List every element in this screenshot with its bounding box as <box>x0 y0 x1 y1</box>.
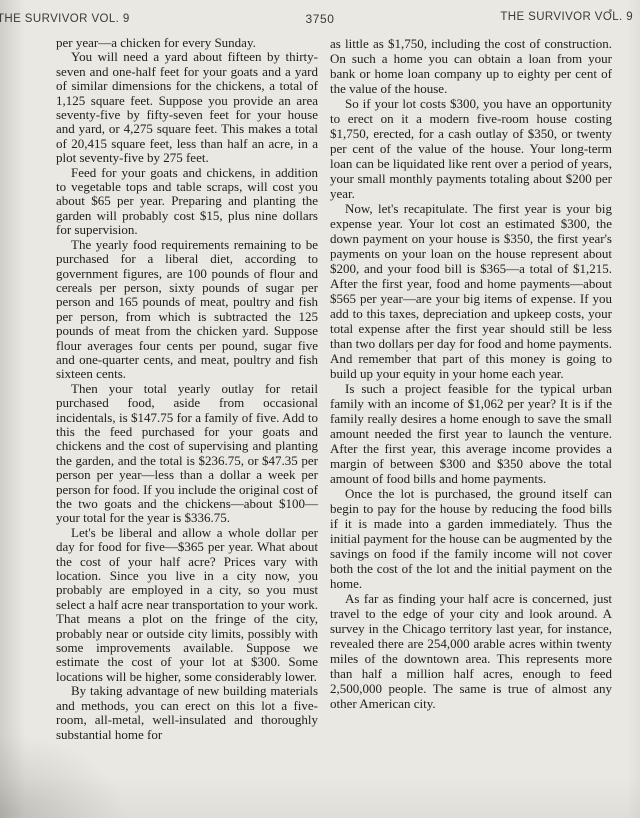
paragraph: By taking advantage of new building mate… <box>56 684 318 742</box>
running-header-right: THE SURVIVOR VOL. 9 <box>500 11 633 23</box>
paragraph: Now, let's recapitulate. The first year … <box>330 201 612 381</box>
paragraph: You will need a yard about fifteen by th… <box>56 50 318 165</box>
paragraph: Let's be liberal and allow a whole dolla… <box>56 526 318 684</box>
left-column: per year—a chicken for every Sunday.You … <box>56 36 318 742</box>
scan-speck <box>266 429 268 431</box>
paragraph: per year—a chicken for every Sunday. <box>56 36 318 50</box>
paragraph: Then your total yearly outlay for retail… <box>56 382 318 526</box>
right-column: as little as $1,750, including the cost … <box>330 36 612 711</box>
scan-speck <box>406 350 408 352</box>
scanned-page: THE SURVIVOR VOL. 9 3750 THE SURVIVOR VO… <box>0 0 640 818</box>
paragraph: as little as $1,750, including the cost … <box>330 36 612 96</box>
paragraph: As far as finding your half acre is conc… <box>330 591 612 711</box>
paragraph: Once the lot is purchased, the ground it… <box>330 486 612 591</box>
paragraph: Feed for your goats and chickens, in add… <box>56 166 318 238</box>
paragraph: So if your lot costs $300, you have an o… <box>330 96 612 201</box>
paragraph: Is such a project feasible for the typic… <box>330 381 612 486</box>
paragraph: The yearly food requirements remaining t… <box>56 238 318 382</box>
